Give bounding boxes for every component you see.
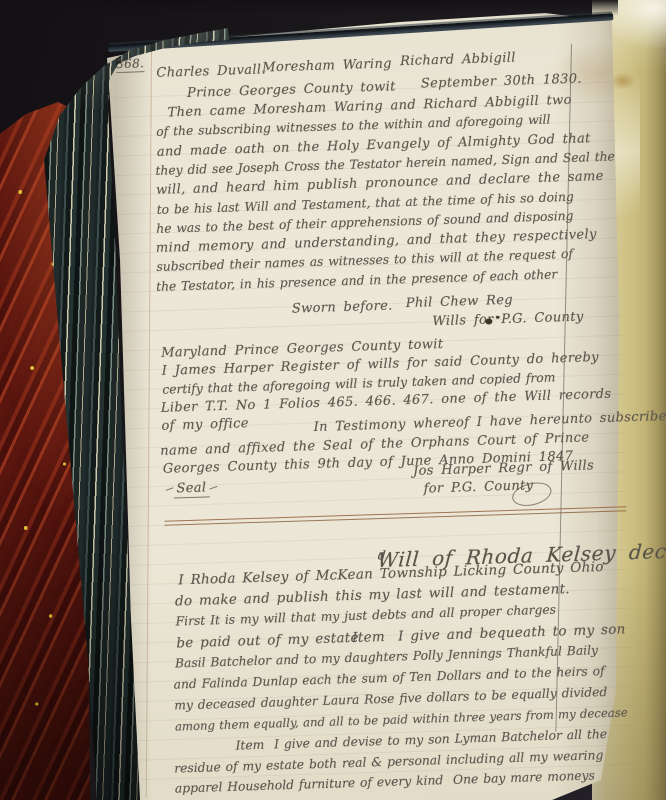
seal-annotation: Seal	[173, 480, 209, 498]
page-number: 368.	[116, 56, 145, 73]
case-name-witness-2: Richard Abbigill	[400, 51, 516, 70]
case-name-witness-1: Moresham Waring	[262, 56, 392, 75]
case-name-testator: Charles Duvall.	[156, 62, 266, 80]
case-names: Charles Duvall. Moresham Waring Richard …	[0, 0, 664, 5]
archival-book-photo: 368. Charles Duvall. Moresham Waring Ric…	[0, 0, 666, 800]
handwritten-content: 368. Charles Duvall. Moresham Waring Ric…	[0, 0, 666, 800]
certification-line: of my office	[161, 416, 249, 434]
sworn-before-label: Sworn before.	[292, 299, 393, 317]
